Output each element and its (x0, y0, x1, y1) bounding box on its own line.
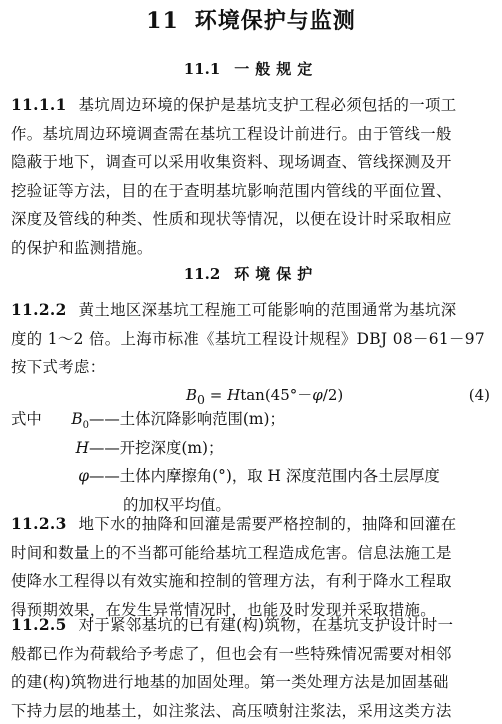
chapter-heading: 11环境保护与监测 (0, 6, 502, 36)
clause-11-2-2: 11.2.2黄土地区深基坑工程施工可能影响的范围通常为基坑深 度的 1～2 倍。… (11, 296, 493, 382)
definition-text: ——开挖深度(m)； (89, 439, 223, 457)
chapter-number: 11 (146, 8, 179, 34)
clause-11-2-5: 11.2.5对于紧邻基坑的已有建(构)筑物，在基坑支护设计时一 般都已作为荷载给… (11, 611, 493, 724)
where-label: 式中 (11, 405, 63, 434)
clause-11-1-1: 11.1.1基坑周边环境的保护是基坑支护工程必须包括的一项工 作。基坑周边环境调… (11, 91, 493, 263)
clause-text: 基坑周边环境的保护是基坑支护工程必须包括的一项工 (79, 96, 457, 114)
clause-number: 11.2.2 (11, 301, 67, 319)
definition-text: ——土体沉降影响范围(m)； (89, 410, 285, 428)
clause-text: 作。基坑周边环境调查需在基坑工程设计前进行。由于管线一般 (11, 120, 493, 149)
clause-number: 11.2.5 (11, 616, 67, 634)
where-block: 式中B0——土体沉降影响范围(m)； H——开挖深度(m)； φ——土体内摩擦角… (11, 405, 440, 519)
clause-text: 深度及管线的种类、性质和现状等情况，以便在设计时采取相应 (11, 205, 493, 234)
section-heading-11-1: 11.1一般规定 (0, 58, 502, 80)
section-heading-11-2: 11.2环境保护 (0, 263, 502, 285)
section-number: 11.2 (184, 265, 221, 283)
clause-11-2-3: 11.2.3地下水的抽降和回灌是需要严格控制的，抽降和回灌在 时间和数量上的不当… (11, 510, 493, 624)
clause-number: 11.1.1 (11, 96, 67, 114)
definition-text: ——土体内摩擦角(°)，取 H 深度范围内各土层厚度 (89, 467, 440, 485)
section-title: 环境保护 (234, 265, 318, 283)
clause-text: 时间和数量上的不当都可能给基坑工程造成危害。信息法施工是 (11, 539, 493, 568)
clause-text: 挖验证等方法，目的在于查明基坑影响范围内管线的平面位置、 (11, 177, 493, 206)
formula-number: (4) (469, 383, 490, 407)
section-title: 一般规定 (234, 60, 318, 78)
document-page: 11环境保护与监测 11.1一般规定 11.1.1基坑周边环境的保护是基坑支护工… (0, 0, 502, 724)
clause-text: 般都已作为荷载给予考虑了，但也会有一些特殊情况需要对相邻 (11, 640, 493, 669)
chapter-title: 环境保护与监测 (195, 8, 356, 34)
clause-text: 使降水工程得以有效实施和控制的管理方法，有利于降水工程取 (11, 567, 493, 596)
clause-text: 的保护和监测措施。 (11, 234, 493, 263)
clause-text: 按下式考虑： (11, 353, 493, 382)
clause-text: 度的 1～2 倍。上海市标准《基坑工程设计规程》DBJ 08－61－97 (11, 325, 493, 354)
symbol-h: H (63, 434, 89, 463)
symbol-phi: φ (63, 462, 89, 491)
clause-text: 黄土地区深基坑工程施工可能影响的范围通常为基坑深 (79, 301, 457, 319)
clause-text: 的建(构)筑物进行地基的加固处理。第一类处理方法是加固基础 (11, 668, 493, 697)
clause-text: 地下水的抽降和回灌是需要严格控制的，抽降和回灌在 (79, 515, 457, 533)
clause-number: 11.2.3 (11, 515, 67, 533)
section-number: 11.1 (184, 60, 221, 78)
clause-text: 隐蔽于地下，调查可以采用收集资料、现场调查、管线探测及开 (11, 148, 493, 177)
clause-text: 对于紧邻基坑的已有建(构)筑物，在基坑支护设计时一 (79, 616, 454, 634)
clause-text: 下持力层的地基土，如注浆法、高压喷射注浆法，采用这类方法 (11, 697, 493, 724)
